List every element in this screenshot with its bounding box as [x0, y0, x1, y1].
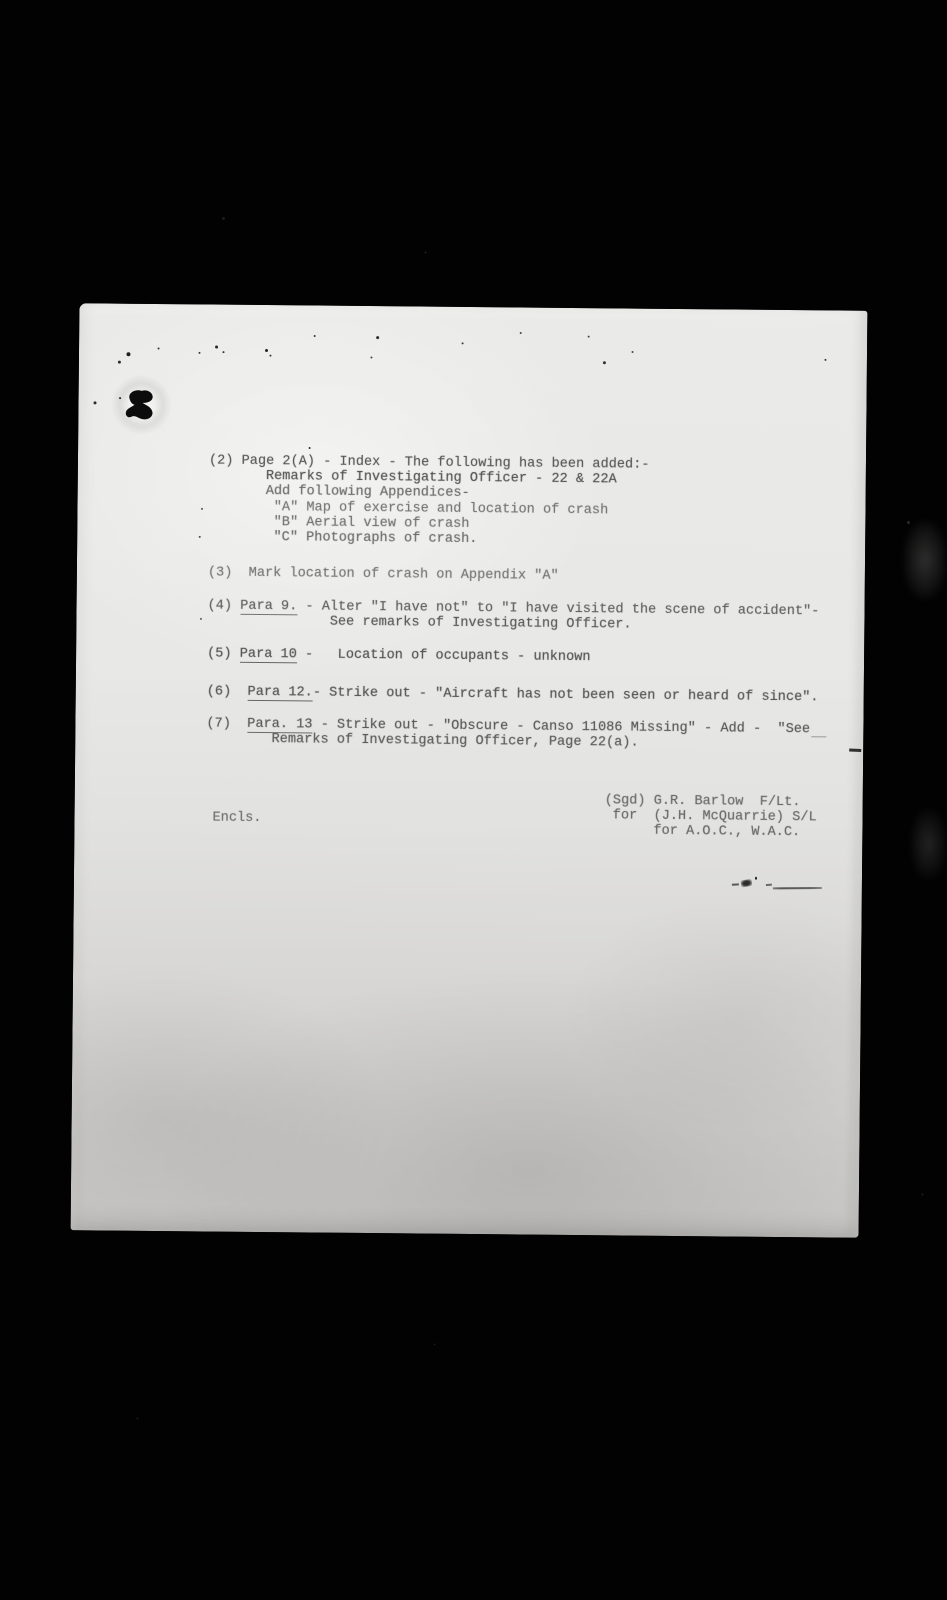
ink-blot — [123, 389, 163, 427]
underlined-para-9-ref: Para 9. — [240, 599, 297, 616]
pencil-dash — [732, 883, 739, 885]
paragraph-5-text: - Location of occupants - unknown — [297, 647, 591, 665]
pencil-underline — [773, 887, 822, 889]
paragraph-2: (2) Page 2(A) - Index - The following ha… — [208, 453, 649, 548]
paragraph-6: (6) Para 12.- Strike out - "Aircraft has… — [207, 684, 819, 705]
scanner-edge-smudge — [903, 520, 947, 600]
underlined-para-10-ref: Para 10 — [240, 647, 297, 664]
pencil-tick — [766, 884, 772, 887]
paragraph-4-number: (4) — [207, 598, 240, 613]
document-page: (2) Page 2(A) - Index - The following ha… — [71, 303, 868, 1238]
margin-tick-mark — [849, 748, 861, 751]
paragraph-4: (4) Para 9. - Alter "I have not" to "I h… — [207, 598, 819, 634]
scanned-document-screenshot: { "colors": { "background": "#020202", "… — [0, 0, 947, 1600]
scanner-background-specks — [0, 0, 3, 3]
paragraph-6-text: - Strike out - "Aircraft has not been se… — [313, 685, 819, 705]
paragraph-5-line-1: (5) Para 10 - Location of occupants - un… — [207, 646, 591, 665]
paragraph-6-number: (6) — [207, 684, 248, 699]
pencil-dot — [755, 877, 757, 880]
faint-underscore-mark — [811, 736, 826, 737]
paragraph-7-number: (7) — [206, 716, 247, 731]
enclosures-label: Encls. — [212, 811, 261, 827]
pencil-scribble — [740, 879, 752, 888]
ink-blot-halo — [112, 376, 171, 435]
enclosures-text: Encls. — [212, 811, 261, 827]
paragraph-6-line-1: (6) Para 12.- Strike out - "Aircraft has… — [207, 684, 819, 705]
paper-ink-specks — [79, 303, 82, 306]
paragraph-7: (7) Para. 13 - Strike out - "Obscure - C… — [206, 716, 810, 752]
underlined-para-12-ref: Para 12. — [247, 685, 312, 702]
scanner-edge-smudge — [910, 808, 947, 880]
paragraph-5-number: (5) — [207, 646, 240, 661]
paragraph-3: (3) Mark location of crash on Appendix "… — [208, 565, 559, 584]
signature-block: (Sgd) G.R. Barlow F/Lt. for (J.H. McQuar… — [604, 793, 817, 841]
paragraph-2-line-6: "C" Photographs of crash. — [208, 530, 649, 549]
paragraph-5: (5) Para 10 - Location of occupants - un… — [207, 646, 591, 665]
signature-line-3: for A.O.C., W.A.C. — [604, 824, 816, 841]
paragraph-3-line-1: (3) Mark location of crash on Appendix "… — [208, 565, 559, 584]
